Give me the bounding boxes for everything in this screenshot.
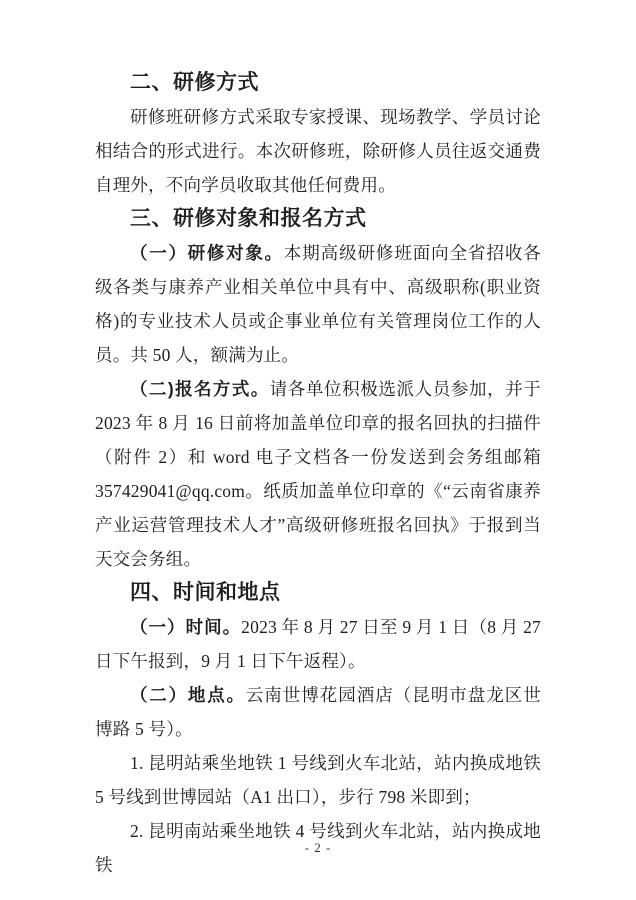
page-number: - 2 - [0, 840, 636, 856]
paragraph-text: 请各单位积极选派人员参加，并于 2023 年 8 月 16 日前将加盖单位印章的… [95, 379, 541, 569]
section-heading-duixiang-baoming: 三、研修对象和报名方式 [95, 202, 541, 236]
paragraph-didian: （二）地点。云南世博花园酒店（昆明市盘龙区世博路 5 号）。 [95, 678, 541, 746]
paragraph-lead: （二)报名方式。 [130, 379, 270, 399]
paragraph-text: 1. 昆明站乘坐地铁 1 号线到火车北站，站内换成地铁 5 号线到世博园站（A1… [95, 753, 541, 807]
paragraph-lead: （一）时间。 [130, 617, 241, 637]
section-heading-shijian-didian: 四、时间和地点 [95, 576, 541, 610]
heading-text: 四、时间和地点 [130, 581, 281, 604]
paragraph-lead: （一）研修对象。 [130, 243, 284, 263]
paragraph-text: 研修班研修方式采取专家授课、现场教学、学员讨论相结合的形式进行。本次研修班，除研… [95, 107, 541, 195]
paragraph-lead: （二）地点。 [130, 685, 246, 705]
document-page: 二、研修方式 研修班研修方式采取专家授课、现场教学、学员讨论相结合的形式进行。本… [0, 0, 636, 900]
document-body: 二、研修方式 研修班研修方式采取专家授课、现场教学、学员讨论相结合的形式进行。本… [95, 66, 541, 882]
paragraph-shijian: （一）时间。2023 年 8 月 27 日至 9 月 1 日（8 月 27 日下… [95, 610, 541, 678]
heading-text: 二、研修方式 [130, 71, 259, 94]
heading-text: 三、研修对象和报名方式 [130, 207, 367, 230]
paragraph-baoming-fangshi: （二)报名方式。请各单位积极选派人员参加，并于 2023 年 8 月 16 日前… [95, 372, 541, 576]
section-heading-yanxiu-fangshi: 二、研修方式 [95, 66, 541, 100]
paragraph-yanxiu-fangshi-body: 研修班研修方式采取专家授课、现场教学、学员讨论相结合的形式进行。本次研修班，除研… [95, 100, 541, 202]
paragraph-yanxiu-duixiang: （一）研修对象。本期高级研修班面向全省招收各级各类与康养产业相关单位中具有中、高… [95, 236, 541, 372]
paragraph-route-1: 1. 昆明站乘坐地铁 1 号线到火车北站，站内换成地铁 5 号线到世博园站（A1… [95, 746, 541, 814]
